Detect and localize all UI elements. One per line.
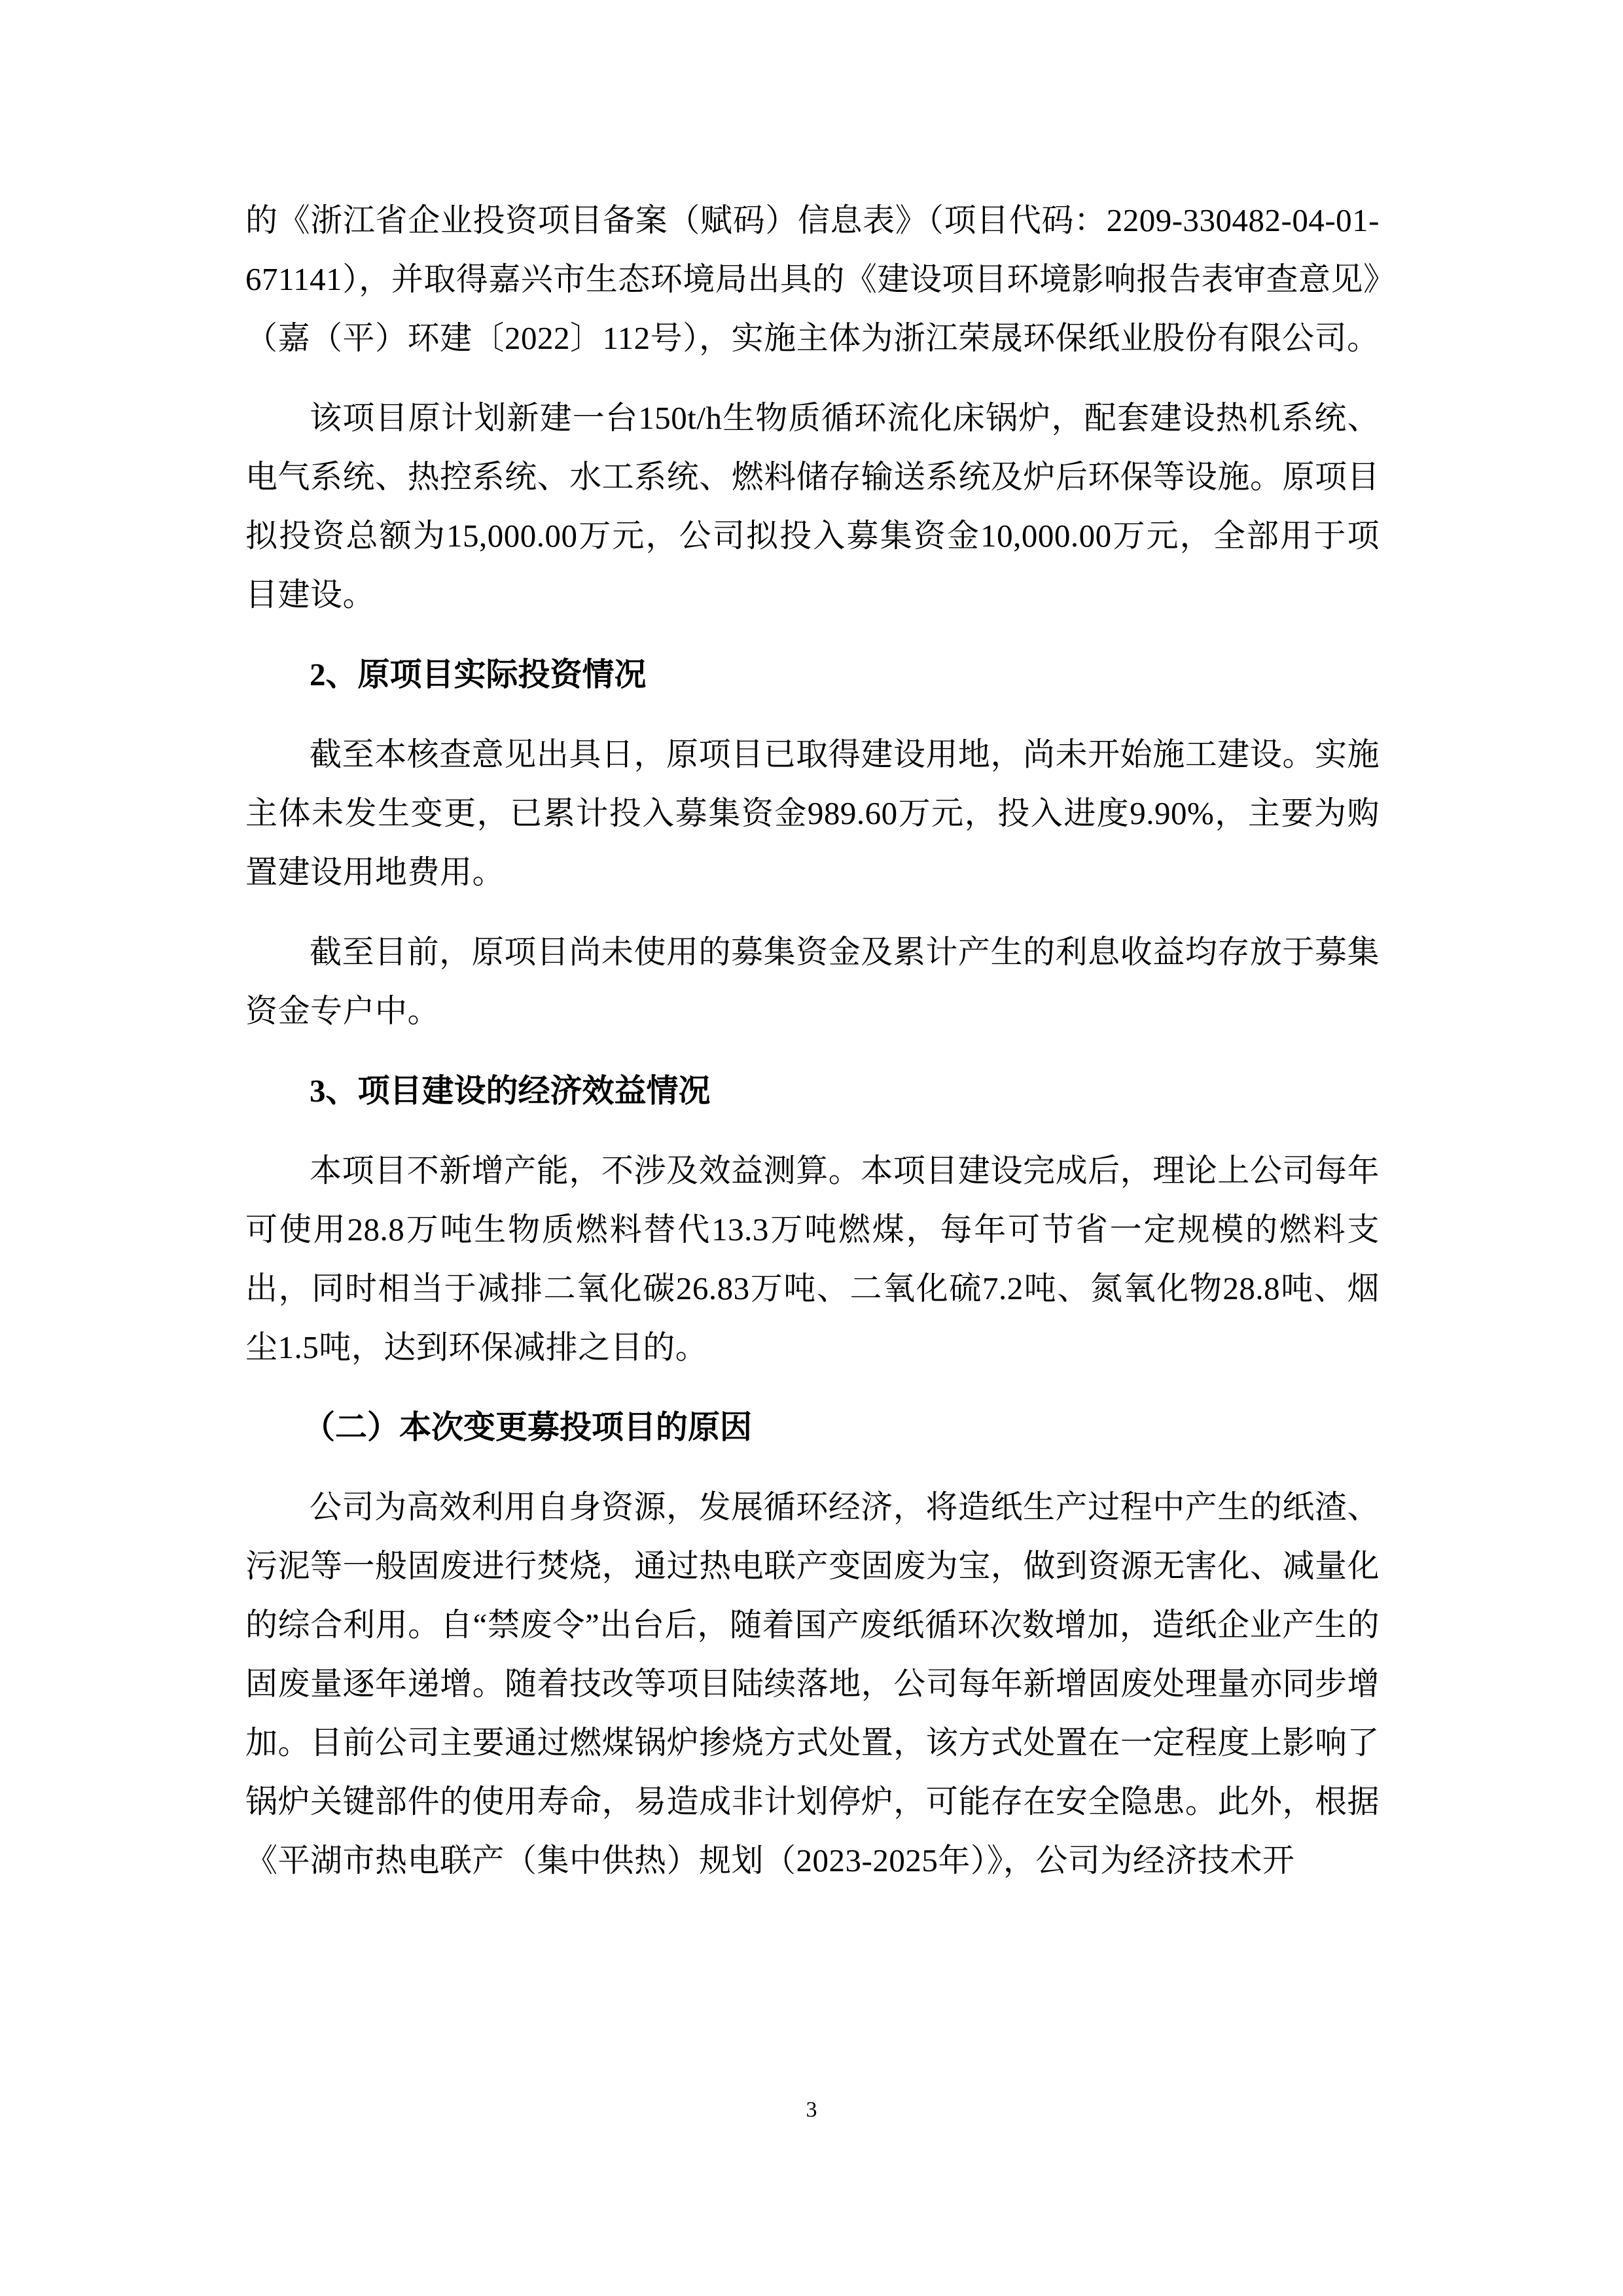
paragraph-change-reason: 公司为高效利用自身资源，发展循环经济，将造纸生产过程中产生的纸渣、污泥等一般固废… (245, 1478, 1380, 1890)
paragraph-investment-progress: 截至本核查意见出具日，原项目已取得建设用地，尚未开始施工建设。实施主体未发生变更… (245, 725, 1380, 902)
page-number: 3 (0, 2098, 1623, 2123)
heading-change-reason: （二）本次变更募投项目的原因 (245, 1398, 1380, 1457)
paragraph-original-plan: 该项目原计划新建一台150t/h生物质循环流化床锅炉，配套建设热机系统、电气系统… (245, 389, 1380, 624)
paragraph-economic-benefit: 本项目不新增产能，不涉及效益测算。本项目建设完成后，理论上公司每年可使用28.8… (245, 1141, 1380, 1377)
heading-economic-benefit: 3、项目建设的经济效益情况 (245, 1062, 1380, 1121)
document-page: 的《浙江省企业投资项目备案（赋码）信息表》（项目代码：2209-330482-0… (245, 191, 1380, 1911)
heading-actual-investment: 2、原项目实际投资情况 (245, 645, 1380, 704)
paragraph-project-filing: 的《浙江省企业投资项目备案（赋码）信息表》（项目代码：2209-330482-0… (245, 191, 1380, 368)
paragraph-fund-account: 截至目前，原项目尚未使用的募集资金及累计产生的利息收益均存放于募集资金专户中。 (245, 923, 1380, 1041)
